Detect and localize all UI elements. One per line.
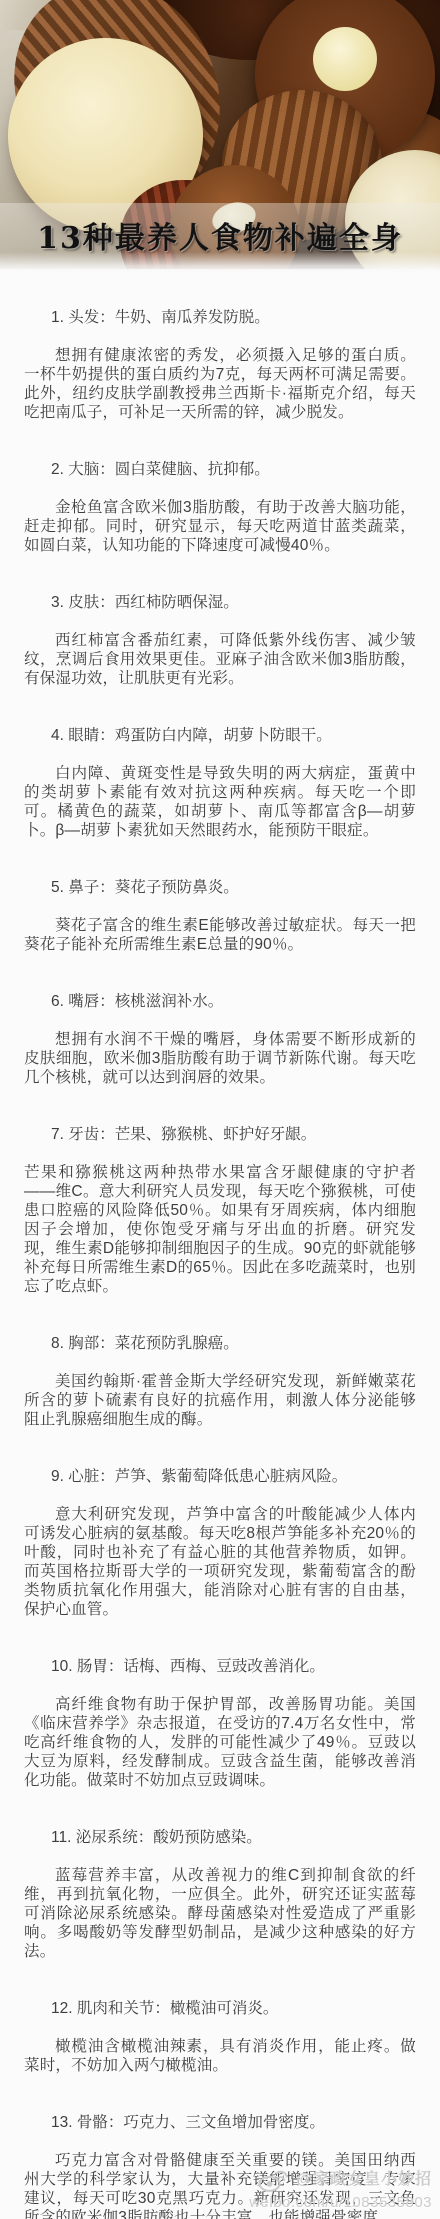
section-teeth: 7. 牙齿：芒果、猕猴桃、虾护好牙龈。 芒果和猕猴桃这两种热带水果富含牙龈健康的… (24, 1125, 416, 1296)
section-body: 芒果和猕猴桃这两种热带水果富含牙龈健康的守护者——维C。意大利研究人员发现，每天… (24, 1163, 416, 1296)
white-chocolate-dot (313, 27, 377, 91)
section-body: 想拥有健康浓密的秀发，必须摄入足够的蛋白质。一杯牛奶提供的蛋白质约为7克，每天两… (24, 346, 416, 422)
watermark: @家政女皇小妙招 weibo.com/u/1083535803 (249, 2167, 432, 2213)
section-body: 想拥有水润不干燥的嘴唇，身体需要不断形成新的皮肤细胞，欧米伽3脂肪酸有助于调节新… (24, 1030, 416, 1087)
section-heading: 6. 嘴唇：核桃滋润补水。 (24, 992, 416, 1011)
section-brain: 2. 大脑：圆白菜健脑、抗抑郁。 金枪鱼富含欧米伽3脂肪酸，有助于改善大脑功能，… (24, 460, 416, 555)
section-heading: 4. 眼睛：鸡蛋防白内障，胡萝卜防眼干。 (24, 726, 416, 745)
section-body: 白内障、黄斑变性是导致失明的两大病症，蛋黄中的类胡萝卜素能有效对抗这两种疾病。每… (24, 764, 416, 840)
section-heading: 9. 心脏：芦笋、紫葡萄降低患心脏病风险。 (24, 1467, 416, 1486)
section-muscles-joints: 12. 肌肉和关节：橄榄油可消炎。 橄榄油含橄榄油辣素，具有消炎作用，能止疼。做… (24, 1999, 416, 2075)
section-skin: 3. 皮肤：西红柿防晒保湿。 西红柿富含番茄红素，可降低紫外线伤害、减少皱纹，烹… (24, 593, 416, 688)
section-heading: 13. 骨骼：巧克力、三文鱼增加骨密度。 (24, 2113, 416, 2132)
section-heading: 10. 肠胃：话梅、西梅、豆豉改善消化。 (24, 1657, 416, 1676)
header-photo: 13种最养人食物补遍全身 (0, 0, 440, 272)
section-heart: 9. 心脏：芦笋、紫葡萄降低患心脏病风险。 意大利研究发现，芦笋中富含的叶酸能减… (24, 1467, 416, 1619)
section-heading: 1. 头发：牛奶、南瓜养发防脱。 (24, 308, 416, 327)
page-title: 13种最养人食物补遍全身 (37, 213, 403, 257)
section-body: 橄榄油含橄榄油辣素，具有消炎作用，能止疼。做菜时，不妨加入两勺橄榄油。 (24, 2037, 416, 2075)
section-heading: 8. 胸部：菜花预防乳腺癌。 (24, 1334, 416, 1353)
section-stomach: 10. 肠胃：话梅、西梅、豆豉改善消化。 高纤维食物有助于保护胃部，改善肠胃功能… (24, 1657, 416, 1790)
article-content: 1. 头发：牛奶、南瓜养发防脱。 想拥有健康浓密的秀发，必须摄入足够的蛋白质。一… (0, 272, 440, 2219)
section-body: 金枪鱼富含欧米伽3脂肪酸，有助于改善大脑功能，赶走抑郁。同时，研究显示，每天吃两… (24, 498, 416, 555)
section-heading: 3. 皮肤：西红柿防晒保湿。 (24, 593, 416, 612)
watermark-url: weibo.com/u/1083535803 (249, 2193, 432, 2213)
section-body: 意大利研究发现，芦笋中富含的叶酸能减少人体内可诱发心脏病的氨基酸。每天吃8根芦笋… (24, 1505, 416, 1619)
section-body: 西红柿富含番茄红素，可降低紫外线伤害、减少皱纹，烹调后食用效果更佳。亚麻子油含欧… (24, 631, 416, 688)
section-eyes: 4. 眼睛：鸡蛋防白内障，胡萝卜防眼干。 白内障、黄斑变性是导致失明的两大病症，… (24, 726, 416, 840)
section-heading: 12. 肌肉和关节：橄榄油可消炎。 (24, 1999, 416, 2018)
section-heading: 11. 泌尿系统：酸奶预防感染。 (24, 1828, 416, 1847)
section-body: 葵花子富含的维生素E能够改善过敏症状。每天一把葵花子能补充所需维生素E总量的90… (24, 916, 416, 954)
section-hair: 1. 头发：牛奶、南瓜养发防脱。 想拥有健康浓密的秀发，必须摄入足够的蛋白质。一… (24, 308, 416, 422)
section-body: 蓝莓营养丰富，从改善视力的维C到抑制食欲的纤维，再到抗氧化物，一应俱全。此外，研… (24, 1866, 416, 1961)
section-body: 高纤维食物有助于保护胃部，改善肠胃功能。美国《临床营养学》杂志报道，在受访的7.… (24, 1695, 416, 1790)
weibo-icon (256, 2167, 290, 2193)
photo-fade (0, 252, 440, 272)
section-urinary: 11. 泌尿系统：酸奶预防感染。 蓝莓营养丰富，从改善视力的维C到抑制食欲的纤维… (24, 1828, 416, 1961)
section-heading: 5. 鼻子：葵花子预防鼻炎。 (24, 878, 416, 897)
section-nose: 5. 鼻子：葵花子预防鼻炎。 葵花子富含的维生素E能够改善过敏症状。每天一把葵花… (24, 878, 416, 954)
section-lips: 6. 嘴唇：核桃滋润补水。 想拥有水润不干燥的嘴唇，身体需要不断形成新的皮肤细胞… (24, 992, 416, 1087)
section-heading: 7. 牙齿：芒果、猕猴桃、虾护好牙龈。 (24, 1125, 416, 1144)
section-body: 美国约翰斯·霍普金斯大学经研究发现，新鲜嫩菜花所含的萝卜硫素有良好的抗癌作用，刺… (24, 1372, 416, 1429)
watermark-handle: @家政女皇小妙招 (296, 2170, 432, 2190)
section-heading: 2. 大脑：圆白菜健脑、抗抑郁。 (24, 460, 416, 479)
section-chest: 8. 胸部：菜花预防乳腺癌。 美国约翰斯·霍普金斯大学经研究发现，新鲜嫩菜花所含… (24, 1334, 416, 1429)
